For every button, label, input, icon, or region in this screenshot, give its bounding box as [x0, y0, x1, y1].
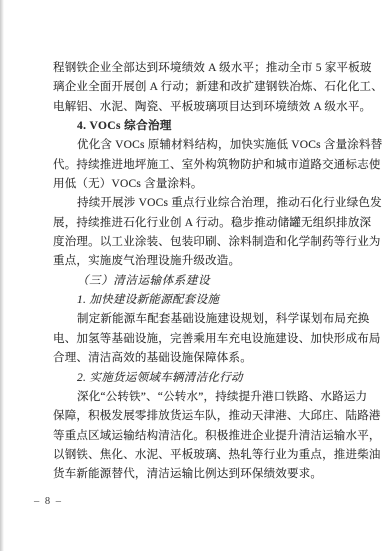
body-line: 电解铝、水泥、陶瓷、平板玻璃项目达到环境绩效 A 级水平。 — [53, 98, 363, 117]
body-line: 优化含 VOCs 原辅材料结构，加快实施低 VOCs 含量涂料替 — [53, 136, 363, 155]
body-line: 持续开展涉 VOCs 重点行业综合治理，推动石化行业绿色发 — [53, 194, 363, 213]
body-line: 重点，实施废气治理设施升级改造。 — [53, 252, 363, 271]
body-line: 璃企业全面开展创 A 行动；新建和改扩建钢铁冶炼、石化化工、 — [53, 78, 363, 97]
body-line: 保障，积极发展零排放货运车队，推动天津港、大邱庄、陆路港 — [53, 407, 363, 426]
scan-edge-shadow — [0, 0, 4, 551]
document-page: 程钢铁企业全部达到环境绩效 A 级水平；推动全市 5 家平板玻 璃企业全面开展创… — [0, 0, 390, 551]
page-number: – 8 – — [34, 496, 63, 507]
body-line: 以钢铁、焦化、水泥、平板玻璃、热轧等行业为重点，推进柴油 — [53, 446, 363, 465]
body-line: 制定新能源车配套基础设施建设规划，科学谋划布局充换 — [53, 310, 363, 329]
body-line: 度治理。以工业涂装、包装印刷、涂料制造和化学制药等行业为 — [53, 233, 363, 252]
item-heading-2: 2. 实施货运领域车辆清洁化行动 — [53, 369, 363, 388]
document-body: 程钢铁企业全部达到环境绩效 A 级水平；推动全市 5 家平板玻 璃企业全面开展创… — [53, 59, 363, 485]
body-line: 合理、清洁高效的基础设施保障体系。 — [53, 349, 363, 368]
body-line: 用低（无）VOCs 含量涂料。 — [53, 175, 363, 194]
body-line: 等重点区域运输结构清洁化。积极推进企业提升清洁运输水平， — [53, 427, 363, 446]
body-line: 展，持续推进石化行业创 A 行动。稳步推动储罐无组织排放深 — [53, 214, 363, 233]
body-line: 程钢铁企业全部达到环境绩效 A 级水平；推动全市 5 家平板玻 — [53, 59, 363, 78]
heading-vocs-item: 4. VOCs 综合治理 — [53, 117, 363, 136]
section-heading-3: （三）清洁运输体系建设 — [53, 272, 363, 291]
body-line: 货车新能源替代，清洁运输比例达到环保绩效要求。 — [53, 465, 363, 484]
body-line: 代。持续推进地坪施工、室外构筑物防护和城市道路交通标志使 — [53, 156, 363, 175]
body-line: 深化“公转铁”、“公转水”，持续提升港口铁路、水路运力 — [53, 388, 363, 407]
item-heading-1: 1. 加快建设新能源配套设施 — [53, 291, 363, 310]
body-line: 电、加氢等基础设施，完善乘用车充电设施建设、加快形成布局 — [53, 330, 363, 349]
